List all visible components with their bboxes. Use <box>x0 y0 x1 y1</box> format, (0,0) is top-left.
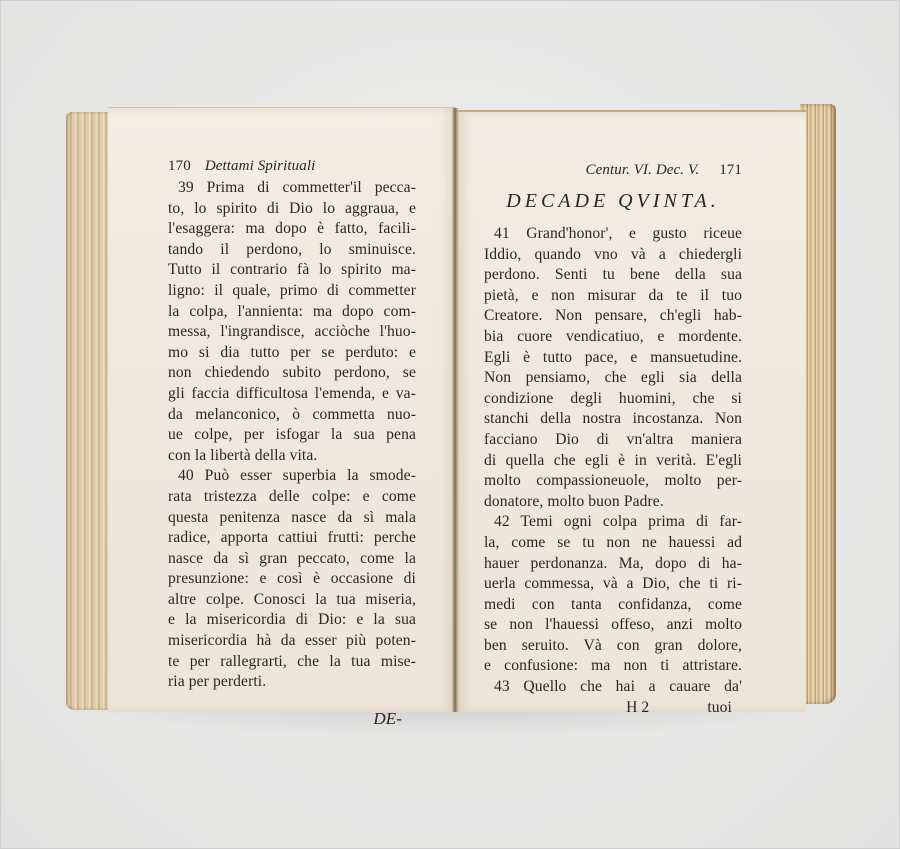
text-line: hauer perdonanza. Ma, dopo di ha- <box>484 554 742 575</box>
text-line: la, come se tu non ne hauessi ad <box>484 533 742 554</box>
text-line: condizione degli huomini, che si <box>484 389 742 410</box>
text-line: te per rallegrarti, che la tua mise- <box>168 652 416 673</box>
text-line: medi con tanta confidanza, come <box>484 595 742 616</box>
text-line: nasce da sì gran peccato, come la <box>168 549 416 570</box>
text-line: Egli è tutto pace, e mansuetudine. <box>484 348 742 369</box>
running-title: Dettami Spirituali <box>205 156 316 178</box>
text-line: Creatore. Non pensare, ch'egli hab- <box>484 306 742 327</box>
text-line: 40 Può esser superbia la smode- <box>168 466 416 487</box>
text-line: gli faccia difficultosa l'emenda, e va- <box>168 384 416 405</box>
text-line: facciano Dio di vn'altra maniera <box>484 430 742 451</box>
text-line: donatore, molto buon Padre. <box>484 492 742 513</box>
page-number: 170 <box>168 156 191 178</box>
text-line: 43 Quello che hai a cauare da' <box>484 677 742 698</box>
text-line: altre colpe. Conosci la tua miseria, <box>168 590 416 611</box>
catchword: tuoi <box>707 698 732 718</box>
book-gutter <box>452 108 459 712</box>
text-line: la colpa, l'annienta: ma dopo com- <box>168 302 416 323</box>
text-line: con la libertà della vita. <box>168 446 416 467</box>
text-line: se non l'hauessi offeso, anzi molto <box>484 615 742 636</box>
text-line: Tutto il contrario fà lo spirito ma- <box>168 260 416 281</box>
catchword: DE- <box>168 709 416 730</box>
text-line: ue colpe, per isfogar la sua pena <box>168 425 416 446</box>
text-line: non chiedendo subito perdono, se <box>168 363 416 384</box>
text-line: ria per perderti. <box>168 672 416 693</box>
text-line: Iddio, quando vno và a chiedergli <box>484 245 742 266</box>
left-page-text: 170 Dettami Spirituali 39 Prima di comme… <box>168 156 416 729</box>
text-line: di quella che egli è in verità. E'egli <box>484 451 742 472</box>
left-running-head: 170 Dettami Spirituali <box>168 156 416 178</box>
text-line: mo si dia tutto per se perduto: e <box>168 343 416 364</box>
text-line: molto compassioneuole, molto per- <box>484 471 742 492</box>
text-line: presunzione: e così è occasione di <box>168 569 416 590</box>
running-title: Centur. VI. Dec. V. <box>585 160 699 182</box>
left-page: 170 Dettami Spirituali 39 Prima di comme… <box>108 107 456 712</box>
text-line: perdono. Senti tu bene della sua <box>484 265 742 286</box>
right-page: Centur. VI. Dec. V. 171 DECADE QVINTA. 4… <box>456 110 806 712</box>
text-line: to, lo spirito di Dio lo aggraua, e <box>168 199 416 220</box>
text-line: bia cuore vendicatiuo, e mordente. <box>484 327 742 348</box>
text-line: l'esaggera: ma dopo è fatto, facili- <box>168 219 416 240</box>
text-line: 39 Prima di commetter'il pecca- <box>168 178 416 199</box>
text-line: misericordia hà da esser più poten- <box>168 631 416 652</box>
text-line: stanchi della nostra incostanza. Non <box>484 409 742 430</box>
page-number: 171 <box>719 160 742 182</box>
text-line: questa penitenza nasce da sì mala <box>168 508 416 529</box>
signature-mark: H 2 <box>626 698 649 718</box>
text-line: ben seruito. Và con gran dolore, <box>484 636 742 657</box>
text-line: 42 Temi ogni colpa prima di far- <box>484 512 742 533</box>
text-line: Non pensiamo, che egli sia della <box>484 368 742 389</box>
section-title: DECADE QVINTA. <box>484 184 742 218</box>
right-running-head: Centur. VI. Dec. V. 171 <box>484 160 742 182</box>
text-line: e confusione: ma non ti attristare. <box>484 656 742 677</box>
right-page-text: Centur. VI. Dec. V. 171 DECADE QVINTA. 4… <box>484 160 742 718</box>
text-line: messa, l'ingrandisce, acciòche l'huo- <box>168 322 416 343</box>
text-line: radice, apporta cattiui frutti: perche <box>168 528 416 549</box>
text-line: 41 Grand'honor', e gusto riceue <box>484 224 742 245</box>
text-line: tando il perdono, lo sminuisce. <box>168 240 416 261</box>
text-line: ligno: il quale, primo di commetter <box>168 281 416 302</box>
text-line: pietà, e non misurar da te il tuo <box>484 286 742 307</box>
footer-row: H 2 tuoi <box>484 698 742 718</box>
text-line: uerla commessa, và a Dio, che ti ri- <box>484 574 742 595</box>
text-line: rata tristezza delle colpe: e come <box>168 487 416 508</box>
text-line: e la misericordia di Dio: e la sua <box>168 610 416 631</box>
text-line: da melanconico, ò commetta nuo- <box>168 405 416 426</box>
